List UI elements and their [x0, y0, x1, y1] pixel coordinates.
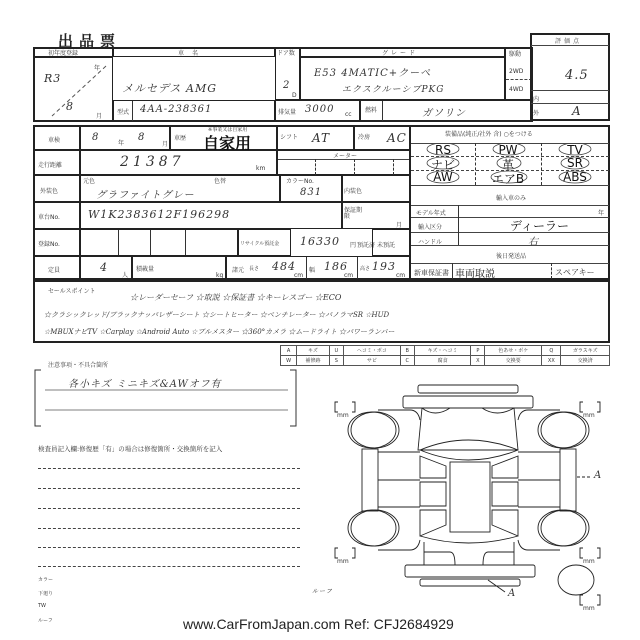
capacity-unit: 人 [122, 270, 128, 279]
bottom-label-tw: TW [38, 603, 46, 609]
inspector-line [38, 488, 300, 489]
color-change-label: 色替 [214, 176, 226, 185]
doors-unit: D [292, 92, 297, 99]
diagonal-slash [48, 64, 108, 119]
rear-note: ルーフ [312, 586, 333, 595]
fuel-value: ガソリン [422, 104, 466, 119]
evaluation-label: 評価点 [555, 36, 582, 45]
footer-reference: www.CarFromJapan.com Ref: CFJ2684929 [183, 616, 454, 632]
color-no-value: 831 [300, 187, 322, 198]
doors-label: ドア数 [277, 48, 295, 57]
grade-line2: エクスクルーシブPKG [342, 82, 444, 95]
divider [452, 263, 453, 279]
legend-value: サビ [343, 356, 400, 366]
inspection-month: 8 [138, 132, 145, 143]
divider [411, 185, 609, 186]
width-label: 幅 [309, 265, 315, 274]
legend-key: XX [542, 356, 561, 366]
bottom-label-under: 下廻り [38, 590, 53, 597]
chassis-value: W1K2383612F196298 [88, 208, 230, 221]
damage-mark-rear: A [508, 588, 516, 599]
legend-key: Q [542, 346, 561, 356]
interior-grade-label: 内 [533, 94, 539, 103]
divider [357, 257, 358, 279]
evaluation-score: 4.5 [565, 68, 589, 83]
divider [132, 101, 133, 121]
sales-point-line-2: ☆クラシックレッド/ブラックナッパレザーシート ☆シートヒーター ☆ベンチレータ… [44, 310, 389, 320]
divider [354, 159, 355, 175]
capacity-value: 4 [100, 261, 108, 274]
inspector-line [38, 547, 300, 548]
displacement-label: 排気量 [278, 107, 296, 116]
dimensions-label: 諸元 [232, 265, 244, 274]
divider [278, 159, 409, 160]
legend-value: キズ・ヘコミ [414, 346, 471, 356]
displacement-unit: cc [345, 111, 352, 118]
import-type-label: 輸入区分 [418, 222, 442, 231]
width-unit: cm [344, 272, 353, 279]
legend-value: 補修跡 [297, 356, 330, 366]
divider [118, 230, 119, 255]
grade-line1: E53 4MATIC+クーペ [314, 64, 431, 79]
mileage-unit: km [256, 165, 265, 172]
exterior-grade-label: 外 [533, 108, 539, 117]
divider [185, 230, 186, 255]
doors-value: 2 [283, 80, 290, 91]
warranty-label: 保証期限 [344, 208, 362, 220]
original-color-label: 元色 [83, 176, 95, 185]
load-label: 積載量 [136, 264, 154, 273]
model-year-label: モデル年式 [416, 208, 446, 217]
exterior-color-value: グラファイトグレー [96, 186, 195, 201]
warranty-unit: 月 [396, 220, 402, 229]
inspection-month-unit: 月 [162, 139, 168, 148]
chassis-label: 車台No. [38, 212, 60, 221]
circle-marks [411, 143, 609, 185]
recycle-unit: 円 [350, 240, 356, 249]
equipment-label: 装備品(純正/社外 含) ○をつける [445, 129, 533, 138]
legend-key: B [400, 346, 414, 356]
usage-label: 車歴 [174, 133, 186, 142]
exterior-color-label: 外装色 [40, 186, 58, 195]
damage-mark-right: A [594, 470, 602, 481]
fuel-label: 燃料 [365, 105, 377, 114]
bottom-label-roof: ルーフ [38, 617, 53, 624]
length-unit: cm [294, 272, 303, 279]
inspection-label: 車検 [48, 135, 60, 144]
registration-label: 登録No. [38, 239, 60, 248]
import-only-label: 輸入車のみ [496, 193, 526, 202]
divider [411, 205, 609, 206]
drive-label: 駆動 [509, 49, 521, 58]
length-label: 長さ [249, 265, 259, 272]
legend-value: 色あせ・ボケ [485, 346, 542, 356]
color-no-label: カラーNo. [286, 176, 314, 185]
legend-key: W [281, 356, 297, 366]
divider [458, 205, 459, 245]
mm-front-left: mm [337, 412, 349, 419]
mileage-value: 21387 [120, 154, 185, 170]
legend-key: C [400, 356, 414, 366]
legend-value: 腐食 [414, 356, 471, 366]
inspector-line [38, 528, 300, 529]
legend-value: ガラスキズ [561, 346, 610, 356]
mm-spare: mm [583, 605, 595, 612]
inspector-line [38, 508, 300, 509]
legend-key: S [329, 356, 343, 366]
mm-rear-right: mm [583, 558, 595, 565]
legend-value: ヘコミ・ボコ [343, 346, 400, 356]
load-unit: kg [216, 272, 223, 279]
ac-label: 冷房 [358, 132, 370, 141]
drive-2wd: 2WD [509, 68, 523, 75]
mm-rear-left: mm [337, 558, 349, 565]
mm-front-right: mm [583, 412, 595, 419]
recycle-value: 16330 [300, 235, 340, 248]
model-year-unit: 年 [598, 208, 604, 217]
later-item-manual: 車両取説 [455, 265, 495, 280]
divider [382, 101, 383, 121]
later-item-warranty: 新車保証書 [414, 268, 449, 278]
divider [531, 90, 609, 91]
registration-value-cell [80, 229, 238, 256]
inspection-year-unit: 年 [118, 138, 124, 147]
ac-value: AC [387, 131, 407, 145]
legend-key: P [471, 346, 485, 356]
inspector-label: 検査員記入欄:修復歴「有」の場合は修復箇所・交換箇所を記入 [38, 444, 222, 453]
interior-color-label: 内装色 [344, 186, 362, 195]
inspection-year: 8 [92, 132, 99, 143]
inspector-line [38, 468, 300, 469]
legend-value: キズ [297, 346, 330, 356]
divider [506, 79, 532, 80]
divider [531, 45, 609, 46]
divider [411, 263, 609, 264]
shift-label: シフト [280, 132, 298, 141]
legend-key: X [471, 356, 485, 366]
shift-value: AT [312, 131, 330, 145]
height-label: 高さ [360, 265, 370, 272]
drive-4wd: 4WD [509, 86, 523, 93]
first-registration-label: 初年度登録 [48, 48, 78, 57]
inspector-line [38, 566, 300, 567]
grade-label: グレード [382, 48, 418, 57]
capacity-label: 定員 [48, 265, 60, 274]
height-value: 193 [372, 260, 396, 273]
legend-value: 交換済 [561, 356, 610, 366]
sales-points-label: セールスポイント [48, 286, 95, 295]
displacement-value: 3000 [305, 104, 334, 115]
damage-legend: Aキズ Uヘコミ・ボコ Bキズ・ヘコミ P色あせ・ボケ Qガラスキズ W補修跡 … [280, 345, 610, 366]
divider [411, 245, 609, 246]
legend-value: 交換要 [485, 356, 542, 366]
car-name-label: 車名 [178, 48, 206, 57]
notes-value: 各小キズ ミニキズ&AWオフ有 [68, 375, 221, 390]
length-value: 484 [272, 260, 296, 273]
recycle-not-deposited: 未預託 [377, 240, 395, 249]
sales-point-line-1: ☆レーダーセーフ ☆取説 ☆保証書 ☆キーレスゴー ☆ECO [130, 292, 341, 303]
recycle-label: リサイクル預託金 [240, 240, 279, 247]
mileage-label: 走行距離 [38, 160, 62, 169]
later-item-spare-key: スペアキー [555, 267, 595, 278]
model-code-value: 4AA-238361 [140, 104, 212, 115]
divider [306, 257, 307, 279]
exterior-grade-value: A [572, 104, 582, 118]
divider [315, 159, 316, 175]
divider [531, 103, 609, 104]
divider [411, 232, 609, 233]
model-code-label: 型式 [117, 107, 129, 116]
divider [150, 230, 151, 255]
legend-key: A [281, 346, 297, 356]
car-name-value: メルセデス AMG [122, 80, 217, 96]
later-items-label: 後日発送品 [496, 251, 526, 260]
legend-key: U [329, 346, 343, 356]
bottom-label-color: カラー [38, 576, 53, 583]
divider [393, 159, 394, 175]
height-unit: cm [396, 272, 405, 279]
sales-point-line-3: ☆MBUXナビTV ☆Carplay ☆Android Auto ☆ブルメスター… [44, 327, 395, 337]
divider [551, 263, 552, 279]
